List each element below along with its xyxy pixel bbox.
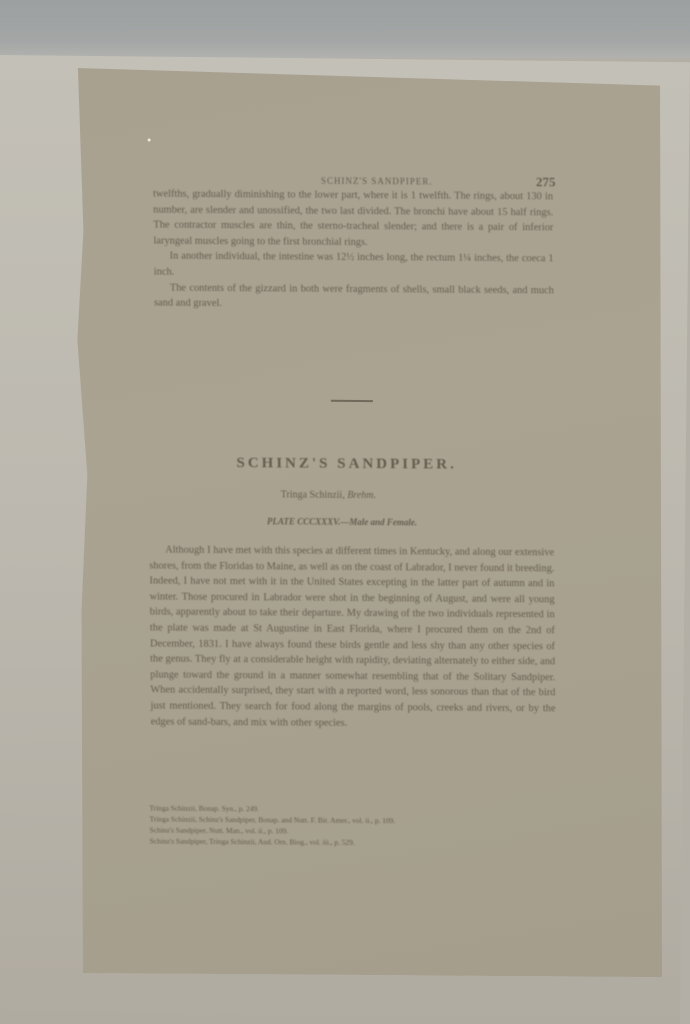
paragraph: Although I have met with this species at… — [149, 543, 556, 733]
section-title: SCHINZ'S SANDPIPER. — [236, 455, 457, 474]
authority: Brehm. — [347, 490, 376, 501]
synonymy-list: Tringa Schinzii, Bonap. Syn., p. 249. Tr… — [149, 803, 549, 850]
wall-background — [0, 0, 690, 58]
paragraph: twelfths, gradually diminishing to the l… — [153, 187, 554, 252]
page-number: 275 — [536, 174, 556, 190]
byline: Tringa Schinzii, Brehm. — [281, 489, 376, 501]
paragraph: In another individual, the intestine was… — [154, 249, 554, 283]
continued-text: twelfths, gradually diminishing to the l… — [153, 187, 554, 315]
synonym-line: Schinz's Sandpiper, Tringa Schinzii, Aud… — [150, 836, 550, 850]
page-corner-highlight — [148, 139, 151, 142]
plate-caption: PLATE CCCXXXV.—Male and Female. — [267, 516, 417, 527]
paragraph: The contents of the gizzard in both were… — [154, 280, 554, 314]
section-divider — [331, 400, 373, 402]
book-page: Schinz's Sandpiper. 275 twelfths, gradua… — [75, 68, 668, 977]
body-text: Although I have met with this species at… — [149, 543, 556, 733]
running-head: Schinz's Sandpiper. — [321, 176, 433, 187]
latin-name: Tringa Schinzii, — [281, 489, 348, 500]
